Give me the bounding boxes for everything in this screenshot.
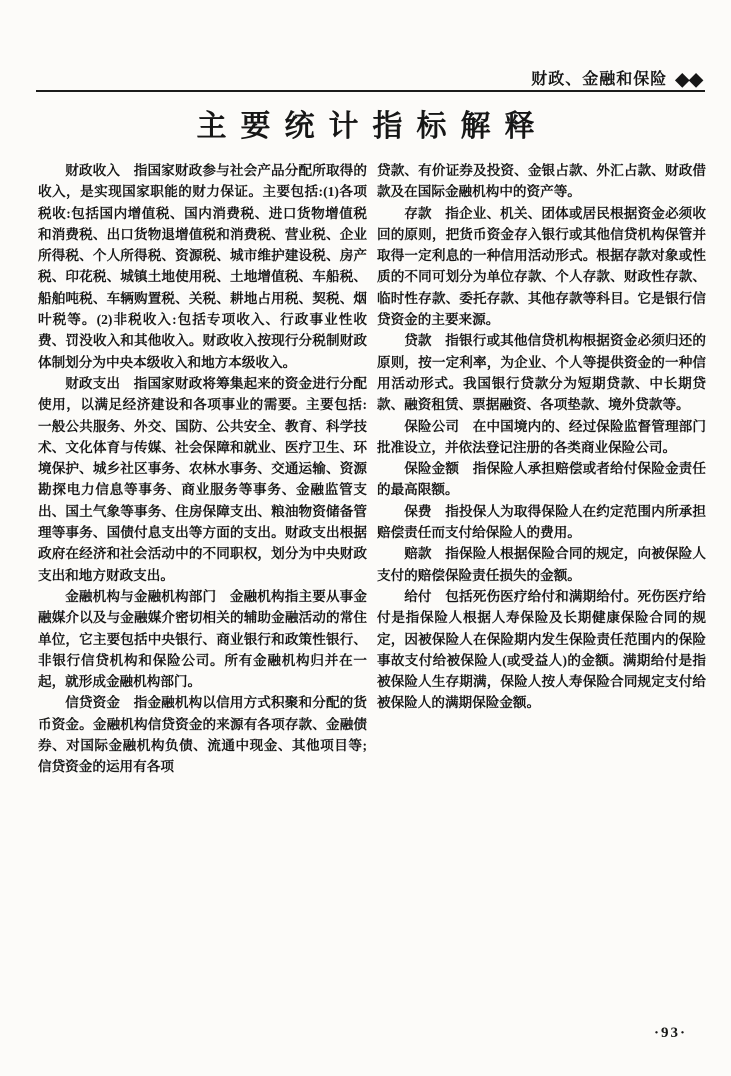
page-number: ·93· — [654, 1025, 687, 1042]
diamond-icons: ◆◆ — [675, 69, 703, 89]
term-label: 财政收入 — [65, 163, 120, 178]
paragraph: 给付包括死伤医疗给付和满期给付。死伤医疗给付是指保险人根据人寿保险及长期健康保险… — [377, 586, 706, 714]
term-label: 保险公司 — [404, 419, 459, 434]
page-title: 主要统计指标解释 — [0, 101, 731, 145]
paragraph: 保险金额指保险人承担赔偿或者给付保险金责任的最高限额。 — [377, 458, 706, 501]
term-label: 给付 — [404, 589, 431, 604]
paragraph: 保险公司在中国境内的、经过保险监督管理部门批准设立，并依法登记注册的各类商业保险… — [377, 416, 706, 459]
two-column-text: 财政收入指国家财政参与社会产品分配所取得的收入，是实现国家职能的财力保证。主要包… — [38, 160, 706, 778]
paragraph-text: 指企业、机关、团体或居民根据资金必须收回的原则，把货币资金存入银行或其他信贷机构… — [377, 206, 706, 327]
term-label: 保险金额 — [404, 461, 459, 476]
paragraph: 信贷资金指金融机构以信用方式积聚和分配的货币资金。金融机构信贷资金的来源有各项存… — [38, 692, 367, 777]
paragraph: 贷款指银行或其他信贷机构根据资金必须归还的原则，按一定利率，为企业、个人等提供资… — [377, 330, 706, 415]
paragraph-text: 包括死伤医疗给付和满期给付。死伤医疗给付是指保险人根据人寿保险及长期健康保险合同… — [377, 589, 706, 710]
header-divider — [36, 90, 705, 92]
document-page: 财政、金融和保险◆◆ 主要统计指标解释 财政收入指国家财政参与社会产品分配所取得… — [0, 0, 731, 1076]
paragraph: 金融机构与金融机构部门金融机构指主要从事金融媒介以及与金融媒介密切相关的辅助金融… — [38, 586, 367, 692]
paragraph: 保费指投保人为取得保险人在约定范围内所承担赔偿责任而支付给保险人的费用。 — [377, 501, 706, 544]
term-label: 金融机构与金融机构部门 — [65, 589, 216, 604]
term-label: 存款 — [404, 206, 431, 221]
paragraph: 赔款指保险人根据保险合同的规定，向被保险人支付的赔偿保险责任损失的金额。 — [377, 543, 706, 586]
paragraph: 存款指企业、机关、团体或居民根据资金必须收回的原则，把货币资金存入银行或其他信贷… — [377, 203, 706, 331]
paragraph: 财政支出指国家财政将筹集起来的资金进行分配使用，以满足经济建设和各项事业的需要。… — [38, 373, 367, 586]
section-label: 财政、金融和保险 — [531, 71, 667, 88]
paragraph-text: 指国家财政将筹集起来的资金进行分配使用，以满足经济建设和各项事业的需要。主要包括… — [38, 376, 367, 583]
column-right: 贷款、有价证券及投资、金银占款、外汇占款、财政借款及在国际金融机构中的资产等。存… — [377, 160, 706, 778]
term-label: 贷款 — [404, 333, 431, 348]
paragraph: 财政收入指国家财政参与社会产品分配所取得的收入，是实现国家职能的财力保证。主要包… — [38, 160, 367, 373]
paragraph-text: 指国家财政参与社会产品分配所取得的收入，是实现国家职能的财力保证。主要包括:(1… — [38, 163, 367, 370]
term-label: 保费 — [404, 504, 431, 519]
term-label: 信贷资金 — [65, 695, 120, 710]
term-label: 赔款 — [404, 546, 431, 561]
page-header: 财政、金融和保险◆◆ — [38, 66, 703, 90]
term-label: 财政支出 — [65, 376, 120, 391]
paragraph-text: 贷款、有价证券及投资、金银占款、外汇占款、财政借款及在国际金融机构中的资产等。 — [377, 163, 706, 199]
column-left: 财政收入指国家财政参与社会产品分配所取得的收入，是实现国家职能的财力保证。主要包… — [38, 160, 367, 778]
paragraph: 贷款、有价证券及投资、金银占款、外汇占款、财政借款及在国际金融机构中的资产等。 — [377, 160, 706, 203]
